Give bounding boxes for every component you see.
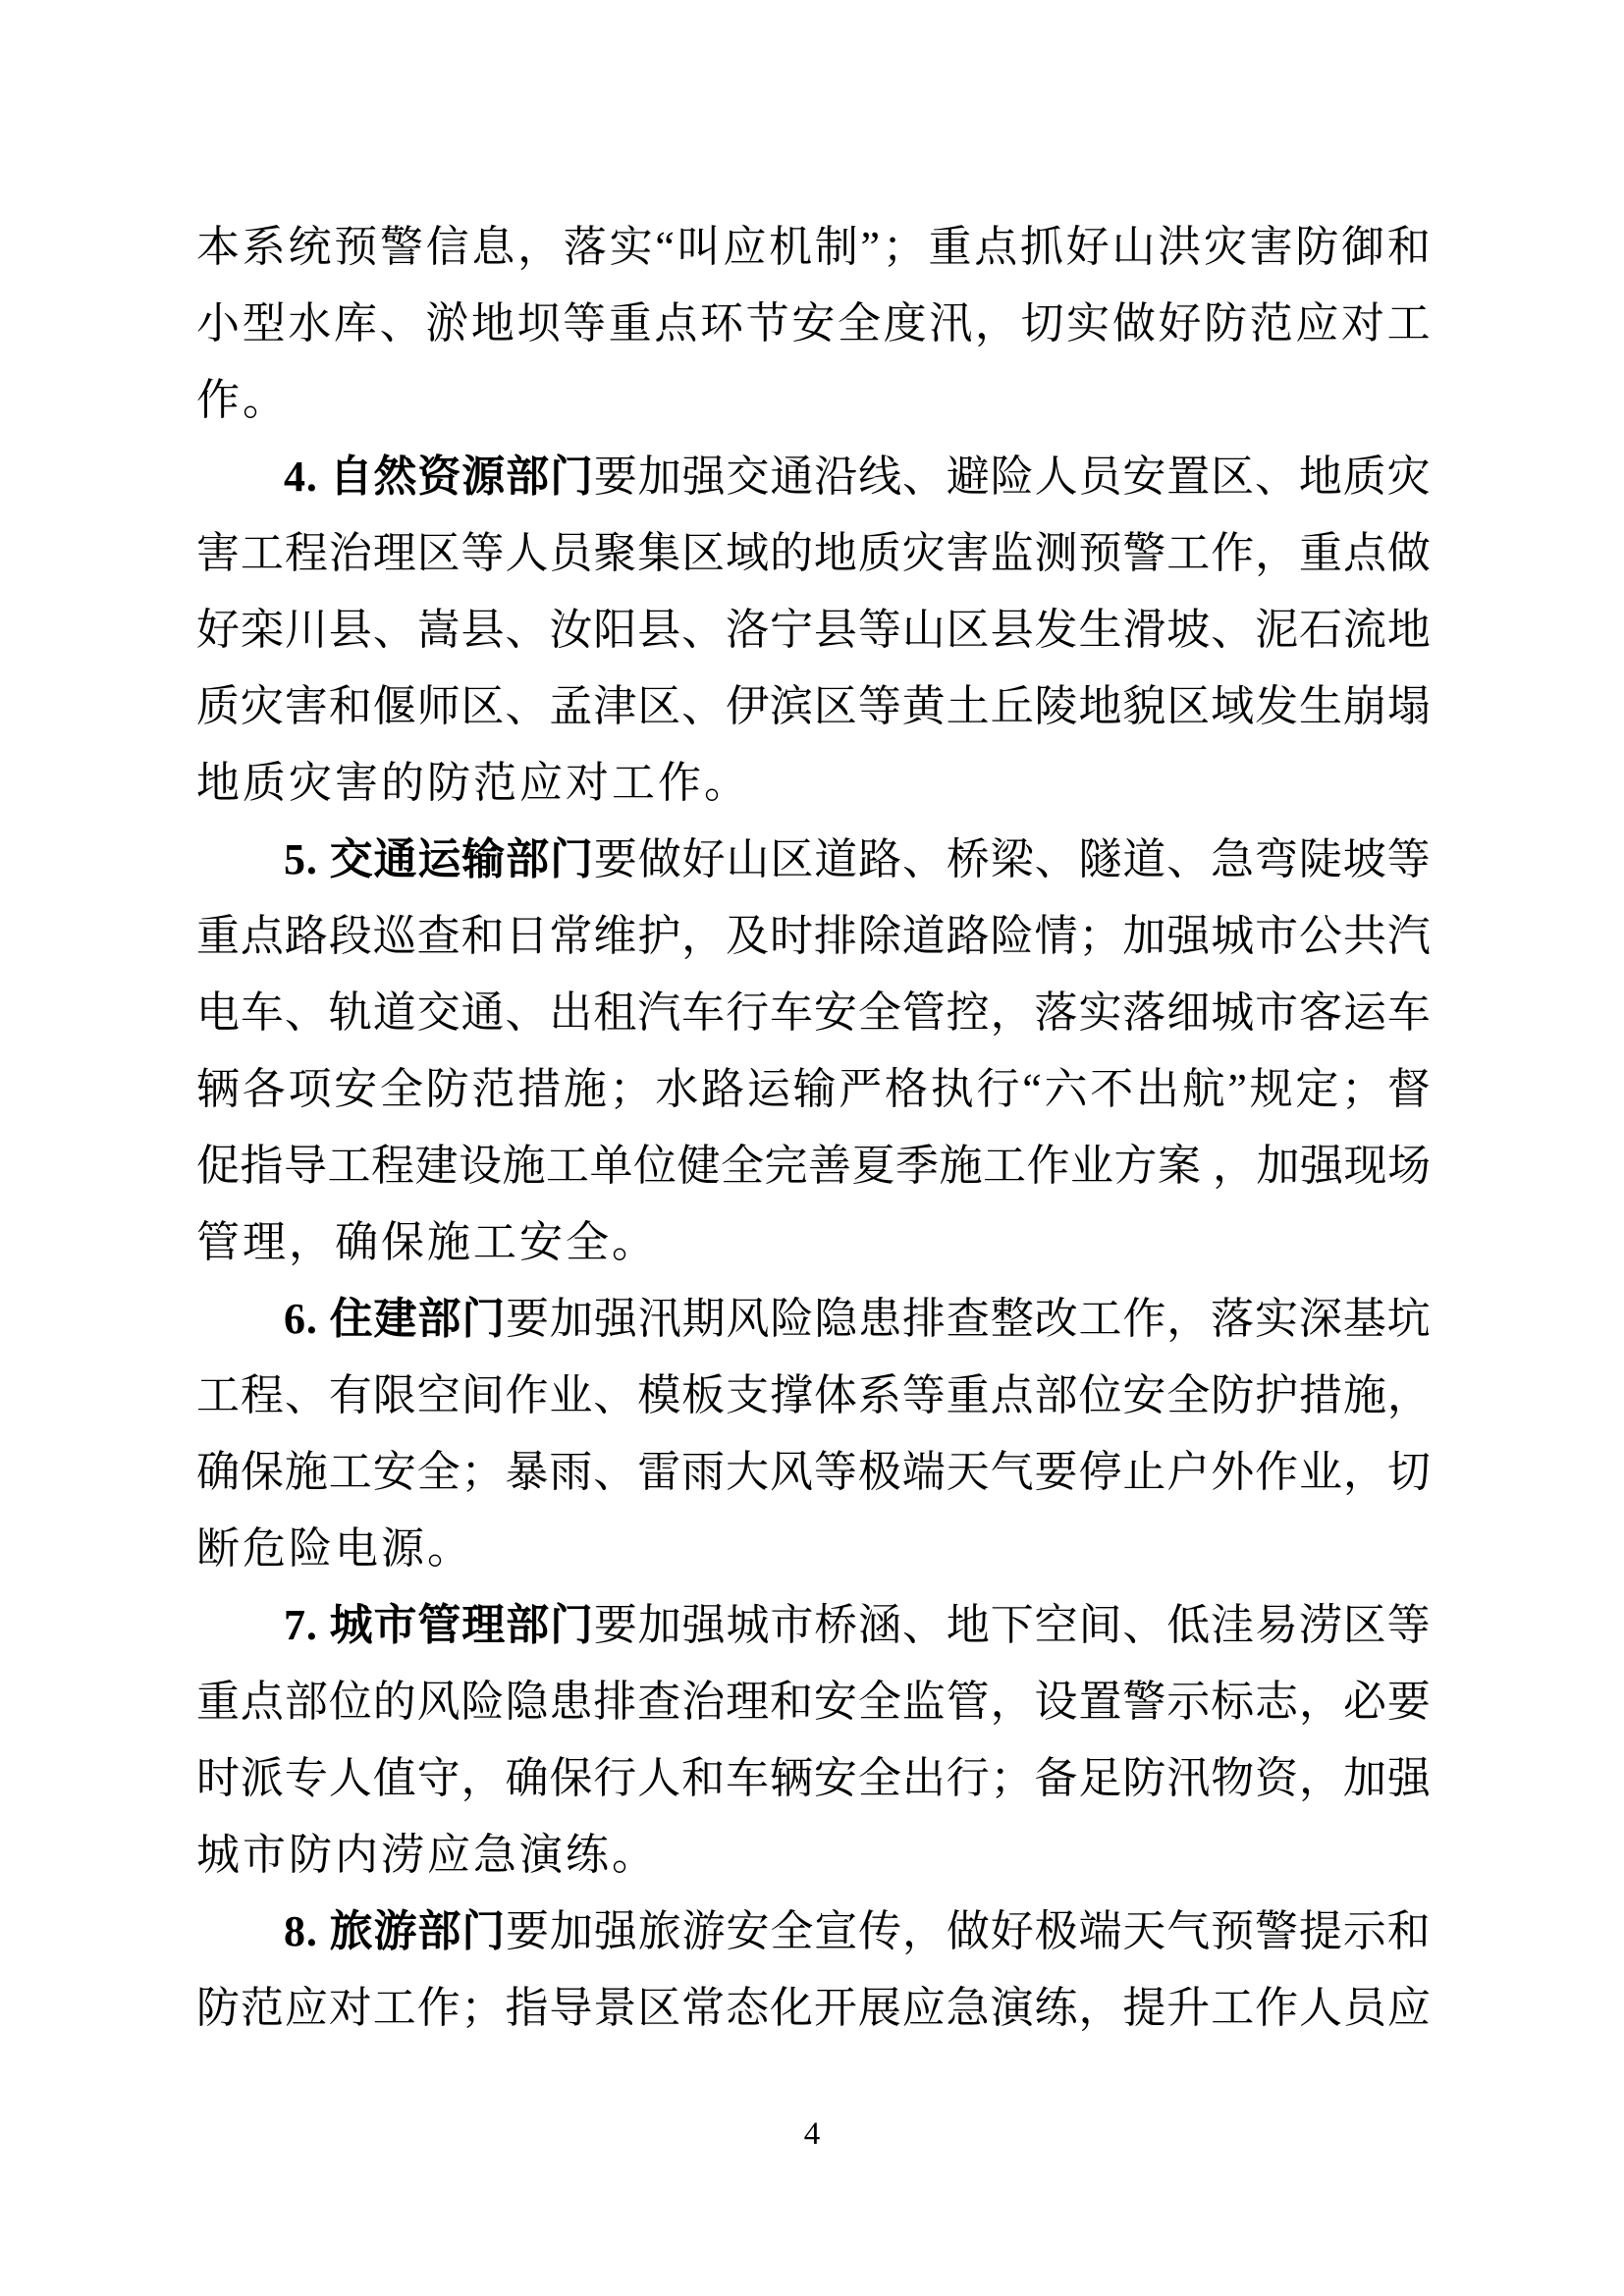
page-number: 4 <box>804 2116 821 2152</box>
document-body: 本系统预警信息，落实“叫应机制”；重点抓好山洪灾害防御和小型水库、淤地坝等重点环… <box>196 222 1431 2059</box>
text-line: 断危险电源。 <box>196 1523 1431 1600</box>
text-line: 7. 城市管理部门要加强城市桥涵、地下空间、低洼易涝区等 <box>196 1600 1431 1677</box>
text-line: 4. 自然资源部门要加强交通沿线、避险人员安置区、地质灾 <box>196 452 1431 528</box>
text-line: 促指导工程建设施工单位健全完善夏季施工作业方案 ，加强现场 <box>196 1141 1431 1217</box>
text-line: 本系统预警信息，落实“叫应机制”；重点抓好山洪灾害防御和 <box>196 222 1431 298</box>
text-line: 辆各项安全防范措施；水路运输严格执行“六不出航”规定；督 <box>196 1064 1431 1141</box>
text-line: 地质灾害的防范应对工作。 <box>196 758 1431 834</box>
text-line: 5. 交通运输部门要做好山区道路、桥梁、隧道、急弯陡坡等 <box>196 834 1431 911</box>
text-line: 重点部位的风险隐患排查治理和安全监管，设置警示标志，必要 <box>196 1677 1431 1753</box>
text-line: 好栾川县、嵩县、汝阳县、洛宁县等山区县发生滑坡、泥石流地 <box>196 605 1431 681</box>
text-line: 工程、有限空间作业、模板支撑体系等重点部位安全防护措施， <box>196 1370 1431 1447</box>
text-line: 时派专人值守，确保行人和车辆安全出行；备足防汛物资，加强 <box>196 1753 1431 1830</box>
text-line: 害工程治理区等人员聚集区域的地质灾害监测预警工作，重点做 <box>196 528 1431 605</box>
text-line: 确保施工安全；暴雨、雷雨大风等极端天气要停止户外作业，切 <box>196 1447 1431 1523</box>
page-footer: 4 <box>0 2116 1624 2152</box>
text-line: 城市防内涝应急演练。 <box>196 1830 1431 1906</box>
text-line: 作。 <box>196 375 1431 452</box>
text-line: 防范应对工作；指导景区常态化开展应急演练，提升工作人员应 <box>196 1983 1431 2059</box>
document-page: 本系统预警信息，落实“叫应机制”；重点抓好山洪灾害防御和小型水库、淤地坝等重点环… <box>0 0 1624 2296</box>
text-line: 6. 住建部门要加强汛期风险隐患排查整改工作，落实深基坑 <box>196 1294 1431 1370</box>
text-line: 电车、轨道交通、出租汽车行车安全管控，落实落细城市客运车 <box>196 988 1431 1064</box>
text-line: 管理，确保施工安全。 <box>196 1217 1431 1294</box>
text-line: 质灾害和偃师区、孟津区、伊滨区等黄土丘陵地貌区域发生崩塌 <box>196 681 1431 758</box>
text-line: 重点路段巡查和日常维护，及时排除道路险情；加强城市公共汽 <box>196 911 1431 988</box>
text-line: 8. 旅游部门要加强旅游安全宣传，做好极端天气预警提示和 <box>196 1906 1431 1983</box>
text-line: 小型水库、淤地坝等重点环节安全度汛，切实做好防范应对工 <box>196 298 1431 375</box>
